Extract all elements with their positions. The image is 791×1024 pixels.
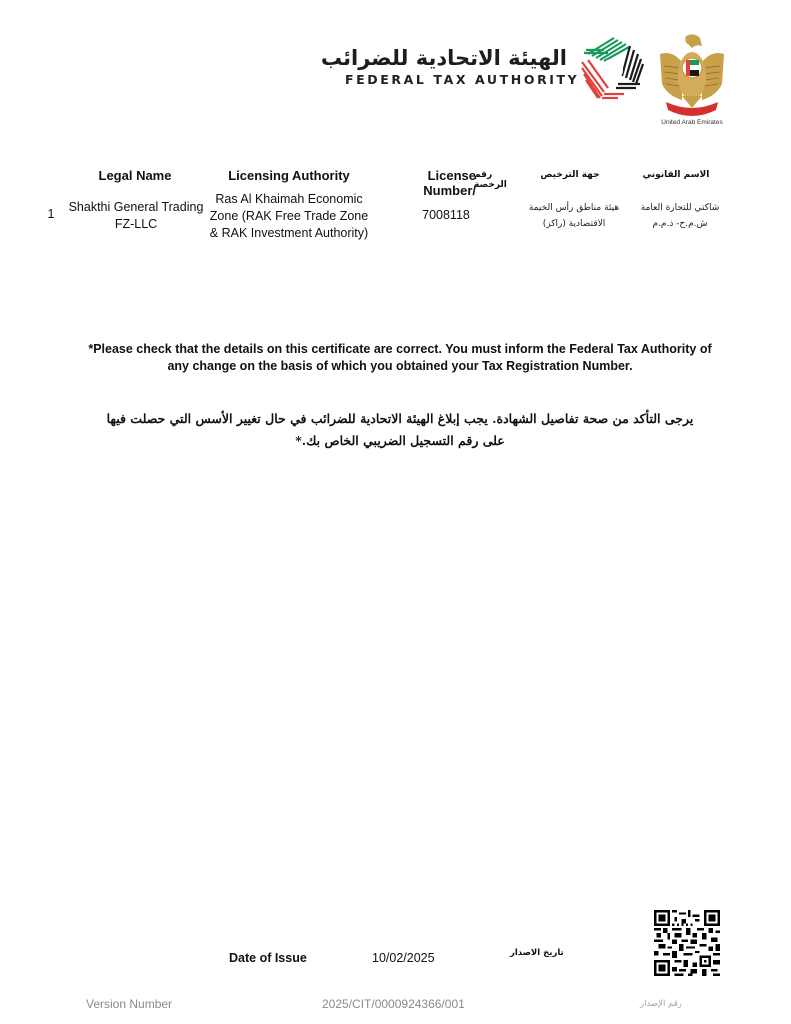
column-header-licensing-authority-ar: جهة الترخيص [528,170,612,180]
row-index: 1 [44,206,58,223]
date-of-issue-label: Date of Issue [229,951,307,965]
fta-logo-icon [574,32,648,106]
uae-emblem-icon [656,32,728,128]
column-header-licensing-authority: Licensing Authority [218,168,360,183]
cell-licensing-authority-ar: هيئة مناطق رأس الخيمة الاقتصادية (راكز) [524,200,624,232]
version-number-label-ar: رقم الإصدار [640,999,682,1009]
date-of-issue-value: 10/02/2025 [372,951,435,965]
cell-license-number: 7008118 [400,207,492,224]
version-number-label: Version Number [86,997,172,1011]
column-header-legal-name-ar: الاسم القانوني [634,170,718,180]
fta-wordmark: الهيئة الاتحادية للضرائب FEDERAL TAX AUT… [345,46,567,87]
column-header-legal-name: Legal Name [80,168,190,183]
org-name-arabic: الهيئة الاتحادية للضرائب [345,46,567,70]
notice-arabic: يرجى التأكد من صحة تفاصيل الشهادة. يجب إ… [95,408,705,452]
cell-licensing-authority: Ras Al Khaimah Economic Zone (RAK Free T… [206,191,372,242]
date-of-issue-label-ar: تاريخ الاصدار [510,948,564,958]
cell-legal-name: Shakthi General Trading FZ-LLC [66,199,206,233]
column-header-license-number: License Number/ [376,168,476,198]
notice-english: *Please check that the details on this c… [80,341,720,375]
column-header-license-number-ar: رقم الرخصة [474,170,520,190]
emblem-caption: United Arab Emirates [652,119,732,126]
org-name-english: FEDERAL TAX AUTHORITY [345,72,567,87]
cell-legal-name-ar: شاكتي للتجارة العامة ش.م.ح- ذ.م.م [630,200,730,232]
version-number-value: 2025/CIT/0000924366/001 [322,997,465,1011]
qr-code-icon [654,910,720,976]
